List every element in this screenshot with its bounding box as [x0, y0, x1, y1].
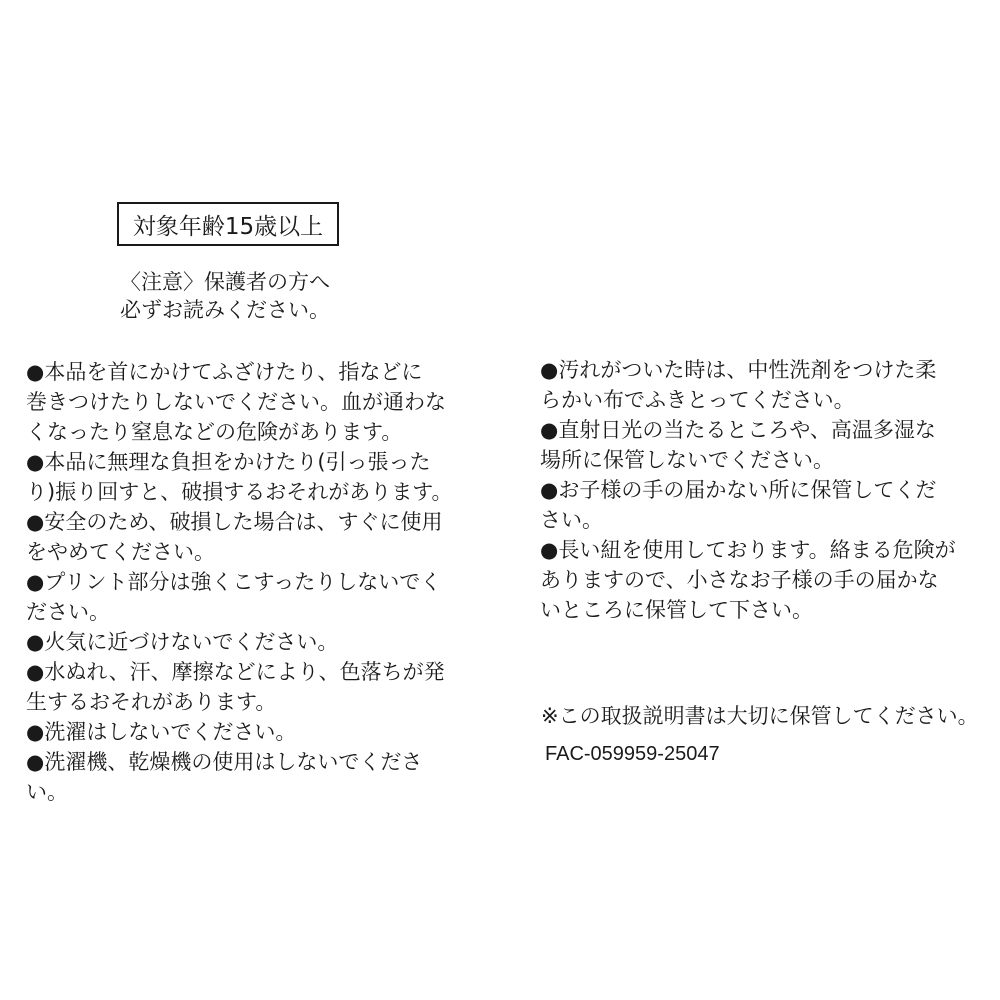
warning-line: ださい。 — [26, 597, 453, 627]
warning-line: ありますので、小さなお子様の手の届かな — [540, 565, 956, 595]
warning-line: をやめてください。 — [26, 537, 453, 567]
warning-line: らかい布でふきとってください。 — [540, 385, 956, 415]
age-rating-label: 対象年齢15歳以上 — [133, 208, 323, 241]
age-rating-box: 対象年齢15歳以上 — [117, 202, 339, 246]
caution-line: 必ずお読みください。 — [120, 296, 330, 324]
warning-line: ●安全のため、破損した場合は、すぐに使用 — [26, 507, 453, 537]
warning-line: ●洗濯機、乾燥機の使用はしないでくださ — [26, 747, 453, 777]
warning-line: ●プリント部分は強くこすったりしないでく — [26, 567, 453, 597]
warning-line: 生するおそれがあります。 — [26, 687, 453, 717]
warning-line: ●本品を首にかけてふざけたり、指などに — [26, 357, 453, 387]
warning-line: ●お子様の手の届かない所に保管してくだ — [540, 475, 956, 505]
keep-manual-note: ※この取扱説明書は大切に保管してください。 — [541, 700, 979, 730]
warnings-right-column: ●汚れがついた時は、中性洗剤をつけた柔 らかい布でふきとってください。 ●直射日… — [540, 355, 956, 625]
warning-line: ●直射日光の当たるところや、高温多湿な — [540, 415, 956, 445]
warning-line: り)振り回すと、破損するおそれがあります。 — [26, 477, 453, 507]
warning-line: いところに保管して下さい。 — [540, 595, 956, 625]
warning-line: ●長い紐を使用しております。絡まる危険が — [540, 535, 956, 565]
warning-line: くなったり窒息などの危険があります。 — [26, 417, 453, 447]
warnings-left-column: ●本品を首にかけてふざけたり、指などに 巻きつけたりしないでください。血が通わな… — [26, 357, 453, 807]
warning-line: ●汚れがついた時は、中性洗剤をつけた柔 — [540, 355, 956, 385]
warning-line: 巻きつけたりしないでください。血が通わな — [26, 387, 453, 417]
warning-line: ●水ぬれ、汗、摩擦などにより、色落ちが発 — [26, 657, 453, 687]
warning-line: ●洗濯はしないでください。 — [26, 717, 453, 747]
caution-line: 〈注意〉保護者の方へ — [120, 268, 330, 296]
product-code: FAC-059959-25047 — [545, 743, 720, 766]
warning-line: さい。 — [540, 505, 956, 535]
warning-line: 場所に保管しないでください。 — [540, 445, 956, 475]
warning-line: ●火気に近づけないでください。 — [26, 627, 453, 657]
warning-line: い。 — [26, 777, 453, 807]
warning-line: ●本品に無理な負担をかけたり(引っ張った — [26, 447, 453, 477]
caution-heading: 〈注意〉保護者の方へ 必ずお読みください。 — [120, 268, 330, 324]
